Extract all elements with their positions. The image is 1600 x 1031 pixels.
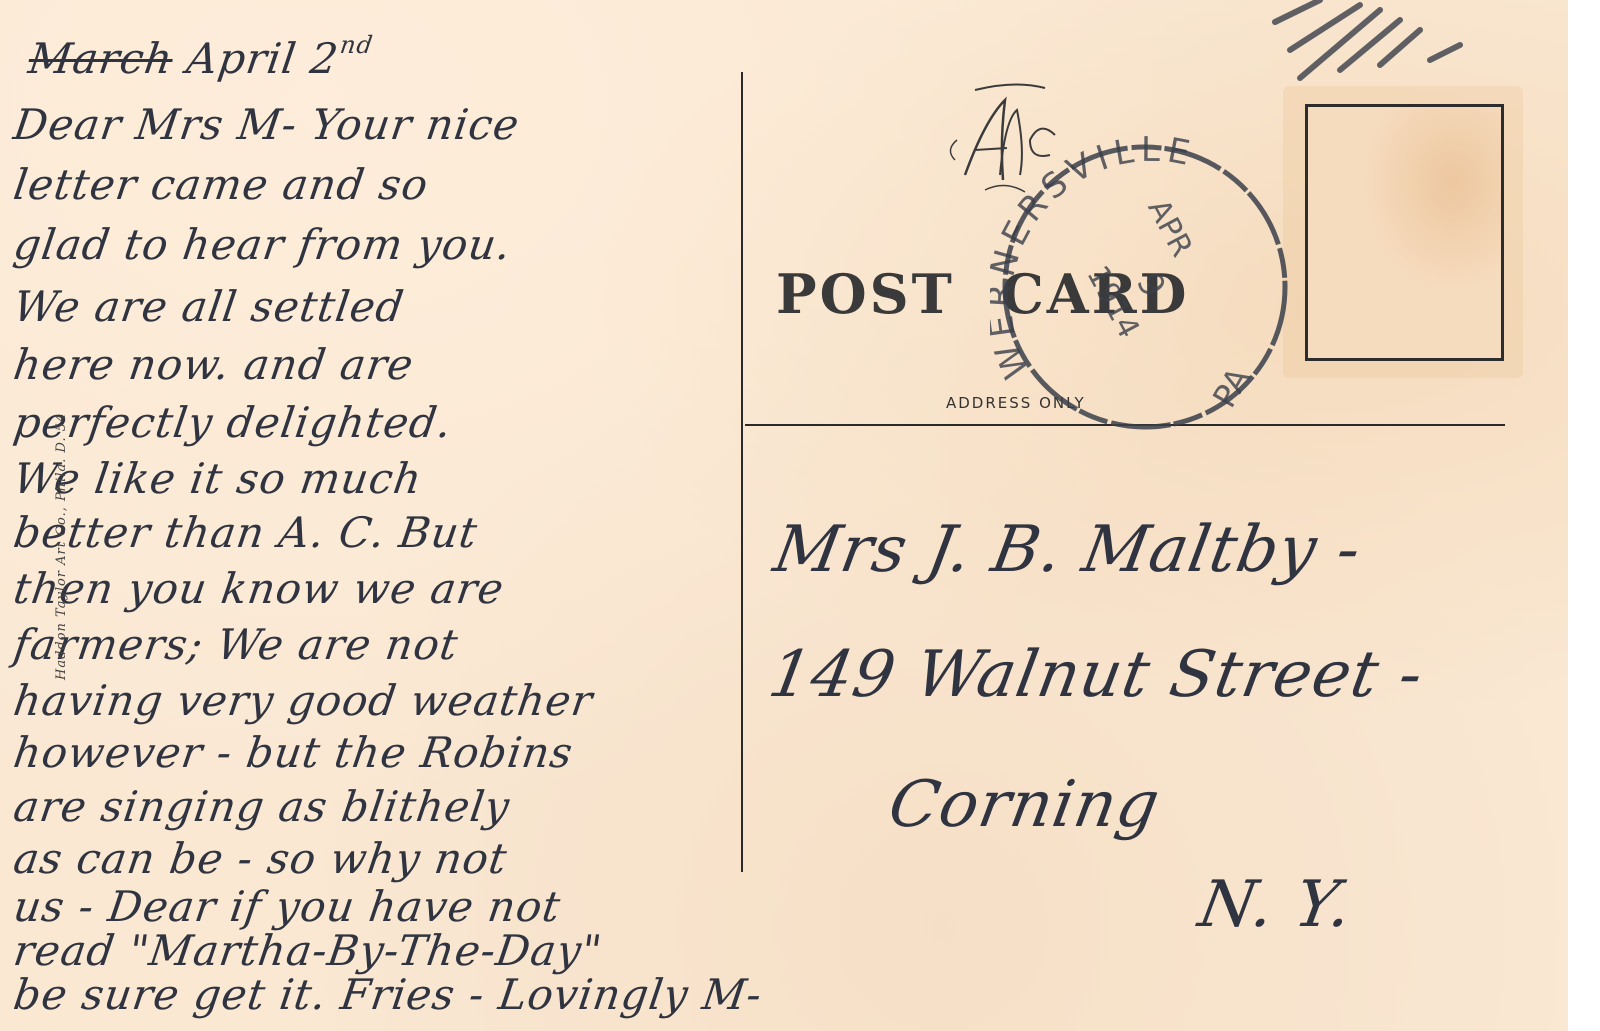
- struck-date: March: [26, 34, 177, 83]
- postmark-state: PA: [1205, 361, 1258, 414]
- message-line: We are all settled: [10, 280, 407, 334]
- postmark-month: APR: [1140, 194, 1199, 263]
- message-line: as can be - so why not: [10, 832, 511, 886]
- publisher-imprint: Haddon Taylor Art Co., Phila. D. 54: [54, 413, 69, 680]
- recipient-street: 149 Walnut Street -: [763, 635, 1430, 715]
- recipient-state: N. Y.: [1193, 865, 1359, 945]
- message-line: having very good weather: [10, 674, 596, 728]
- center-divider: [741, 72, 743, 872]
- message-date: March April 2nd: [25, 18, 377, 86]
- stamp-placeholder-box: [1305, 104, 1504, 361]
- cancellation-bars-icon: [1270, 0, 1470, 90]
- message-line: be sure get it. Fries - Lovingly M-: [10, 968, 765, 1022]
- date: April 2: [184, 34, 342, 83]
- message-line: better than A. C. But: [10, 506, 481, 560]
- date-suffix: nd: [338, 31, 375, 59]
- message-line: farmers; We are not: [10, 618, 462, 672]
- message-line: We like it so much: [10, 452, 425, 506]
- message-line: are singing as blithely: [10, 780, 513, 834]
- message-line: letter came and so: [10, 158, 432, 212]
- recipient-city: Corning: [883, 765, 1166, 845]
- message-line: here now. and are: [10, 338, 417, 392]
- postmark-day: 9: [1128, 266, 1173, 304]
- message-line: glad to hear from you.: [10, 218, 515, 272]
- postmark-year: 1914: [1079, 260, 1146, 344]
- postmark-icon: WERNERSVILLE APR 9 1914 PA: [990, 122, 1300, 432]
- message-line: then you know we are: [10, 562, 507, 616]
- recipient-name: Mrs J. B. Maltby -: [768, 510, 1367, 590]
- message-line: Dear Mrs M- Your nice: [10, 98, 523, 152]
- title-post: POST: [776, 262, 955, 326]
- message-line: perfectly delighted.: [10, 396, 455, 450]
- scan-margin: [1568, 0, 1600, 1031]
- message-line: however - but the Robins: [10, 726, 576, 780]
